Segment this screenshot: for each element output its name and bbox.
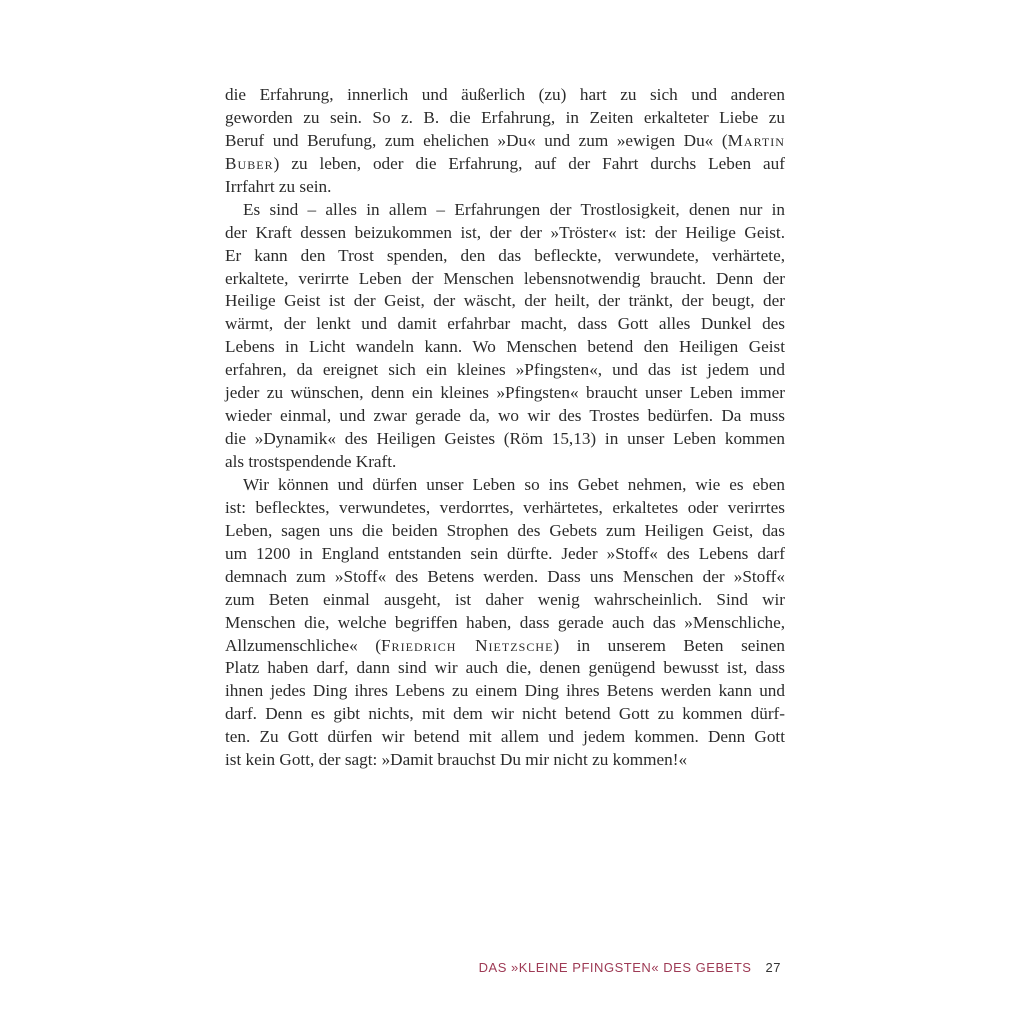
body-text: die Erfahrung, innerlich und äußerlich (… bbox=[225, 84, 785, 772]
paragraph-2: Es sind – alles in allem – Erfahrungen d… bbox=[225, 199, 785, 474]
text-line: Es sind – alles in allem – Erfahrungen d… bbox=[225, 199, 785, 222]
text-line: Platz haben darf, dann sind wir auch die… bbox=[225, 657, 785, 680]
text-line: erkaltete, verirrte Leben der Menschen l… bbox=[225, 268, 785, 291]
text-line: wärmt, der lenkt und damit erfahrbar mac… bbox=[225, 313, 785, 336]
text-line: der Kraft dessen beizukommen ist, der de… bbox=[225, 222, 785, 245]
text-line: Buber) zu leben, oder die Erfahrung, auf… bbox=[225, 153, 785, 176]
text-line: Menschen die, welche begriffen haben, da… bbox=[225, 612, 785, 635]
paragraph-1: die Erfahrung, innerlich und äußerlich (… bbox=[225, 84, 785, 199]
text-line: Lebens in Licht wandeln kann. Wo Mensche… bbox=[225, 336, 785, 359]
text-line: erfahren, da ereignet sich ein kleines »… bbox=[225, 359, 785, 382]
text-line: Allzumenschliche« (Friedrich Nietzsche) … bbox=[225, 635, 785, 658]
text-segment: Beruf und Berufung, zum ehelichen »Du« u… bbox=[225, 131, 728, 150]
text-line: Leben, sagen uns die beiden Strophen des… bbox=[225, 520, 785, 543]
text-line: Irrfahrt zu sein. bbox=[225, 176, 785, 199]
paragraph-3: Wir können und dürfen unser Leben so ins… bbox=[225, 474, 785, 772]
running-head: DAS »KLEINE PFINGSTEN« DES GEBETS bbox=[479, 960, 752, 975]
text-line: zum Beten einmal ausgeht, ist daher weni… bbox=[225, 589, 785, 612]
text-segment: ) in unserem Beten seinen bbox=[553, 636, 785, 655]
text-line: die Erfahrung, innerlich und äußerlich (… bbox=[225, 84, 785, 107]
text-segment: ) zu leben, oder die Erfahrung, auf der … bbox=[274, 154, 785, 173]
text-line: demnach zum »Stoff« des Betens werden. D… bbox=[225, 566, 785, 589]
text-line: Er kann den Trost spenden, den das befle… bbox=[225, 245, 785, 268]
text-line: ihnen jedes Ding ihres Lebens zu einem D… bbox=[225, 680, 785, 703]
text-line: die »Dynamik« des Heiligen Geistes (Röm … bbox=[225, 428, 785, 451]
text-line: Heilige Geist ist der Geist, der wäscht,… bbox=[225, 290, 785, 313]
text-line: ten. Zu Gott dürfen wir betend mit allem… bbox=[225, 726, 785, 749]
text-line: ist kein Gott, der sagt: »Damit brauchst… bbox=[225, 749, 785, 772]
text-segment: Allzumenschliche« ( bbox=[225, 636, 381, 655]
text-line: um 1200 in England entstanden sein dürft… bbox=[225, 543, 785, 566]
book-page: die Erfahrung, innerlich und äußerlich (… bbox=[0, 0, 1024, 1024]
text-line: jeder zu wünschen, denn ein kleines »Pfi… bbox=[225, 382, 785, 405]
author-name-martin: Martin bbox=[728, 131, 785, 150]
text-line: darf. Denn es gibt nichts, mit dem wir n… bbox=[225, 703, 785, 726]
text-line: Wir können und dürfen unser Leben so ins… bbox=[225, 474, 785, 497]
text-line: als trostspendende Kraft. bbox=[225, 451, 785, 474]
text-line: geworden zu sein. So z. B. die Erfahrung… bbox=[225, 107, 785, 130]
text-line: Beruf und Berufung, zum ehelichen »Du« u… bbox=[225, 130, 785, 153]
text-line: ist: beflecktes, verwundetes, verdorrtes… bbox=[225, 497, 785, 520]
page-number: 27 bbox=[766, 960, 782, 975]
author-name-buber: Buber bbox=[225, 154, 274, 173]
author-name-nietzsche: Friedrich Nietzsche bbox=[381, 636, 553, 655]
text-line: wieder einmal, und zwar gerade da, wo wi… bbox=[225, 405, 785, 428]
page-footer: DAS »KLEINE PFINGSTEN« DES GEBETS 27 bbox=[479, 960, 781, 975]
